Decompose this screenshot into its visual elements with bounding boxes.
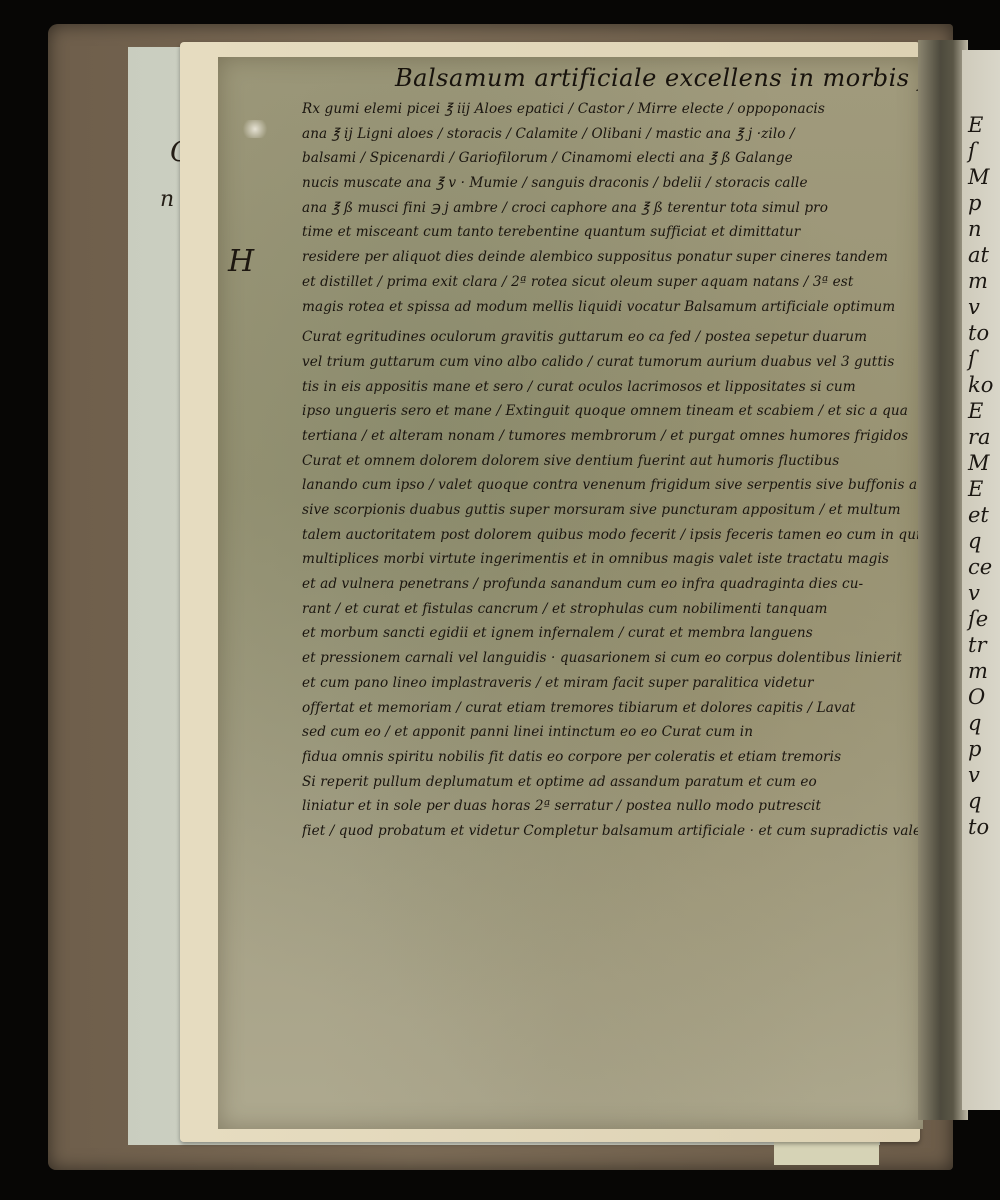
facing-page-line: ſ: [962, 346, 1000, 372]
manuscript-line: fidua omnis spiritu nobilis fit datis eo…: [302, 745, 922, 770]
facing-page-line: v: [962, 580, 1000, 606]
manuscript-line: et distillet / prima exit clara / 2ª rot…: [302, 270, 922, 295]
facing-page-line: n: [962, 216, 1000, 242]
manuscript-line: et ad vulnera penetrans / profunda sanan…: [302, 572, 922, 597]
facing-page-line: M: [962, 450, 1000, 476]
facing-page-line: ra: [962, 424, 1000, 450]
facing-page-text: EſMpnatmvtoſkoEraMEetqcevſetrmOqpvqto: [962, 50, 1000, 840]
facing-page-line: m: [962, 658, 1000, 684]
manuscript-line: balsami / Spicenardi / Gariofilorum / Ci…: [302, 146, 922, 171]
facing-page-line: E: [962, 112, 1000, 138]
manuscript-line: multiplices morbi virtute ingerimentis e…: [302, 547, 922, 572]
page-heading: Balsamum artificiale excellens in morbis…: [395, 64, 915, 92]
facing-page-line: tr: [962, 632, 1000, 658]
facing-page-line: ſ: [962, 138, 1000, 164]
facing-page-line: M: [962, 164, 1000, 190]
facing-page-line: ſe: [962, 606, 1000, 632]
manuscript-line: offertat et memoriam / curat etiam tremo…: [302, 696, 922, 721]
facing-page-line: v: [962, 762, 1000, 788]
manuscript-line: sive scorpionis duabus guttis super mors…: [302, 498, 922, 523]
facing-page-line: ce: [962, 554, 1000, 580]
heading-text: Balsamum artificiale excellens in morbis…: [395, 64, 947, 92]
flyleaf-mark-n: n: [160, 187, 174, 212]
facing-page-line: at: [962, 242, 1000, 268]
manuscript-line: ana ℥ ij Ligni aloes / storacis / Calami…: [302, 122, 922, 147]
facing-page-line: to: [962, 320, 1000, 346]
facing-page-line: q: [962, 710, 1000, 736]
manuscript-line: tertiana / et alteram nonam / tumores me…: [302, 424, 922, 449]
manuscript-line: et cum pano lineo implastraveris / et mi…: [302, 671, 922, 696]
manuscript-line: ana ℥ ß musci fini ℈ j ambre / croci cap…: [302, 196, 922, 221]
facing-page: EſMpnatmvtoſkoEraMEetqcevſetrmOqpvqto: [962, 50, 1000, 1110]
facing-page-line: et: [962, 502, 1000, 528]
manuscript-line: magis rotea et spissa ad modum mellis li…: [302, 295, 922, 320]
facing-page-line: E: [962, 476, 1000, 502]
leaf-stain: [240, 120, 270, 138]
manuscript-line: vel trium guttarum cum vino albo calido …: [302, 350, 922, 375]
manuscript-line: liniatur et in sole per duas horas 2ª se…: [302, 794, 922, 819]
margin-mark: H: [228, 244, 254, 279]
manuscript-line: et morbum sancti egidii et ignem inferna…: [302, 621, 922, 646]
manuscript-line: Rx gumi elemi picei ℥ iij Aloes epatici …: [302, 97, 922, 122]
facing-page-line: q: [962, 528, 1000, 554]
manuscript-line: rant / et curat et fistulas cancrum / et…: [302, 597, 922, 622]
manuscript-line: fiet / quod probatum et videtur Completu…: [302, 819, 922, 844]
manuscript-line: lanando cum ipso / valet quoque contra v…: [302, 473, 922, 498]
manuscript-text-block: Rx gumi elemi picei ℥ iij Aloes epatici …: [302, 97, 922, 844]
manuscript-line: tis in eis appositis mane et sero / cura…: [302, 375, 922, 400]
manuscript-line: talem auctoritatem post dolorem quibus m…: [302, 523, 922, 548]
manuscript-line: ipso ungueris sero et mane / Extinguit q…: [302, 399, 922, 424]
facing-page-line: p: [962, 736, 1000, 762]
manuscript-line: Curat egritudines oculorum gravitis gutt…: [302, 325, 922, 350]
facing-page-line: m: [962, 268, 1000, 294]
manuscript-line: nucis muscate ana ℥ v · Mumie / sanguis …: [302, 171, 922, 196]
gutter-shadow: [918, 40, 968, 1120]
facing-page-line: to: [962, 814, 1000, 840]
facing-page-line: O: [962, 684, 1000, 710]
manuscript-line: et pressionem carnali vel languidis · qu…: [302, 646, 922, 671]
manuscript-line: Si reperit pullum deplumatum et optime a…: [302, 770, 922, 795]
facing-page-line: ko: [962, 372, 1000, 398]
facing-page-line: v: [962, 294, 1000, 320]
manuscript-line: Curat et omnem dolorem dolorem sive dent…: [302, 449, 922, 474]
facing-page-line: E: [962, 398, 1000, 424]
manuscript-line: residere per aliquot dies deinde alembic…: [302, 245, 922, 270]
facing-page-line: p: [962, 190, 1000, 216]
manuscript-line: time et misceant cum tanto terebentine q…: [302, 220, 922, 245]
facing-page-line: q: [962, 788, 1000, 814]
manuscript-line: sed cum eo / et apponit panni linei inti…: [302, 720, 922, 745]
